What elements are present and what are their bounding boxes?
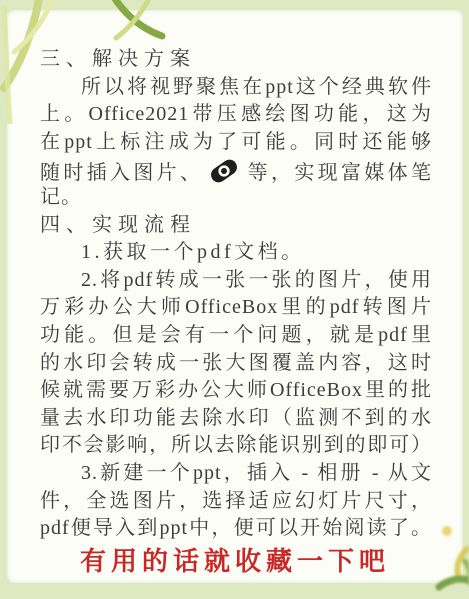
text-line: 所以将视野聚焦在ppt这个经典软件: [40, 74, 432, 102]
text-line: 1.获取一个pdf文档。: [40, 239, 432, 267]
text-line: 万彩办公大师OfficeBox里的pdf转图片: [40, 294, 432, 322]
link-icon: [205, 156, 243, 184]
text-line: 上。Office2021带压感绘图功能，这为: [40, 101, 432, 129]
call-to-action: 有用的话就收藏一下吧: [7, 546, 463, 578]
section-heading-solution: 三、解决方案: [40, 46, 432, 74]
note-body: 三、解决方案 所以将视野聚焦在ppt这个经典软件 上。Office2021带压感…: [40, 46, 432, 543]
text-segment: 等，实现富媒体笔: [245, 162, 432, 184]
text-line: 3.新建一个ppt，插入 - 相册 - 从文: [40, 460, 432, 488]
text-line: pdf便导入到ppt中，便可以开始阅读了。: [40, 515, 432, 543]
text-line: 件，全选图片，选择适应幻灯片尺寸，: [40, 488, 432, 516]
text-line: 记。: [40, 184, 432, 212]
text-line: 在ppt上标注成为了可能。同时还能够: [40, 129, 432, 157]
text-line: 功能。但是会有一个问题，就是pdf里: [40, 322, 432, 350]
text-line: 量去水印功能去除水印（监测不到的水: [40, 405, 432, 433]
text-line: 候就需要万彩办公大师OfficeBox里的批: [40, 377, 432, 405]
text-segment: 随时插入图片、: [40, 162, 203, 184]
section-heading-process: 四、实现流程: [40, 212, 432, 240]
text-line: 的水印会转成一张大图覆盖内容，这时: [40, 350, 432, 378]
text-line: 2.将pdf转成一张一张的图片，使用: [40, 267, 432, 295]
text-line-with-icon: 随时插入图片、 等，实现富媒体笔: [40, 156, 432, 184]
text-line: 印不会影响，所以去除能识别到的即可）: [40, 432, 432, 460]
